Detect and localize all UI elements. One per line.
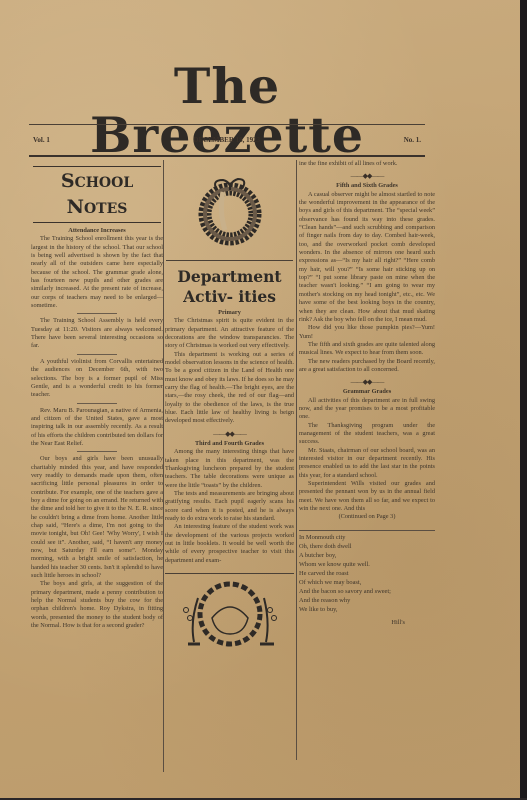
article-heading: Grammar Grades bbox=[299, 388, 435, 396]
dateline: Vol. 1 DECEMBER 18, 1923 No. 1. bbox=[33, 136, 421, 144]
column-department-activities: Department Activ- ities Primary The Chri… bbox=[165, 160, 294, 654]
article-paragraph: The Christmas spirit is quite evident in… bbox=[165, 317, 294, 350]
scan-edge bbox=[520, 0, 527, 800]
issue-number: No. 1. bbox=[404, 136, 421, 144]
divider bbox=[77, 354, 117, 355]
wreath-icon bbox=[195, 172, 265, 248]
column-divider bbox=[296, 160, 297, 760]
article-paragraph: Among the many interesting things that h… bbox=[165, 448, 294, 490]
divider bbox=[77, 313, 117, 314]
poem-line: In Monmouth city bbox=[299, 533, 435, 542]
article-paragraph: ine the fine exhibit of all lines of wor… bbox=[299, 160, 435, 168]
column-divider bbox=[163, 160, 164, 772]
article-paragraph: The Training School enrollment this year… bbox=[31, 235, 163, 310]
issue-date: DECEMBER 18, 1923 bbox=[193, 136, 260, 144]
poem-line: Oh, there doth dwell bbox=[299, 542, 435, 551]
article-paragraph: The new readers purchased by the Board r… bbox=[299, 358, 435, 375]
masthead-rule bbox=[29, 124, 425, 125]
poem-signature: Hill's bbox=[299, 618, 435, 627]
article-paragraph: Superintendent Wills visited our grades … bbox=[299, 480, 435, 513]
article-paragraph: Mr. Staats, chairman of our school board… bbox=[299, 447, 435, 480]
article-paragraph: The fifth and sixth grades are quite tal… bbox=[299, 341, 435, 358]
column-school-notes: SCHOOL NOTES Attendance Increases The Tr… bbox=[31, 160, 163, 630]
poem-line: And the reason why bbox=[299, 596, 435, 605]
christmas-illustration bbox=[165, 573, 294, 654]
school-notes-heading: SCHOOL NOTES bbox=[33, 166, 161, 223]
wreath-illustration bbox=[166, 160, 293, 261]
poem-line: Of which we may boast, bbox=[299, 578, 435, 587]
department-activities-title: Department Activ- ities bbox=[165, 267, 294, 307]
volume: Vol. 1 bbox=[33, 136, 50, 144]
article-heading: Fifth and Sixth Grades bbox=[299, 182, 435, 190]
poem: In Monmouth city Oh, there doth dwell A … bbox=[299, 530, 435, 627]
article-paragraph: How did you like those pumpkin pies?—Yum… bbox=[299, 324, 435, 341]
article-paragraph: The Training School Assembly is held eve… bbox=[31, 317, 163, 350]
poem-line: We like to buy, bbox=[299, 605, 435, 614]
article-heading: Third and Fourth Grades bbox=[165, 440, 294, 448]
divider bbox=[77, 451, 117, 452]
ornament-divider: ——◆◆—— bbox=[299, 173, 435, 180]
article-paragraph: A casual observer might be almost startl… bbox=[299, 191, 435, 325]
masthead-title: The Breezette bbox=[28, 62, 426, 160]
article-paragraph: All activities of this department are in… bbox=[299, 397, 435, 422]
article-paragraph: The tests and measurements are bringing … bbox=[165, 490, 294, 523]
poem-line: He carved the roast bbox=[299, 569, 435, 578]
poem-line: A butcher boy, bbox=[299, 551, 435, 560]
article-paragraph: An interesting feature of the student wo… bbox=[165, 523, 294, 565]
article-heading: Primary bbox=[165, 309, 294, 317]
newspaper-page: The Breezette Vol. 1 DECEMBER 18, 1923 N… bbox=[0, 0, 520, 798]
article-heading: Attendance Increases bbox=[31, 227, 163, 235]
divider bbox=[77, 403, 117, 404]
ornament-divider: ——◆◆—— bbox=[299, 379, 435, 386]
ornament-divider: ——◆◆—— bbox=[165, 431, 294, 438]
continued-notice: (Continued on Page 3) bbox=[299, 513, 435, 521]
poem-line: Whom we know quite well. bbox=[299, 560, 435, 569]
dateline-rule bbox=[29, 155, 425, 157]
article-paragraph: The Thanksgiving program under the manag… bbox=[299, 422, 435, 447]
article-paragraph: A youthful violinist from Corvallis ente… bbox=[31, 358, 163, 400]
article-paragraph: Rev. Maru B. Parounagian, a native of Ar… bbox=[31, 407, 163, 449]
article-paragraph: Our boys and girls have been unusually c… bbox=[31, 455, 163, 580]
article-paragraph: This department is working out a series … bbox=[165, 351, 294, 426]
column-grades: ine the fine exhibit of all lines of wor… bbox=[299, 160, 435, 627]
poem-line: And the bacon so savory and sweet; bbox=[299, 587, 435, 596]
ornament-illustration-icon bbox=[170, 578, 290, 650]
article-paragraph: The boys and girls, at the suggestion of… bbox=[31, 580, 163, 630]
